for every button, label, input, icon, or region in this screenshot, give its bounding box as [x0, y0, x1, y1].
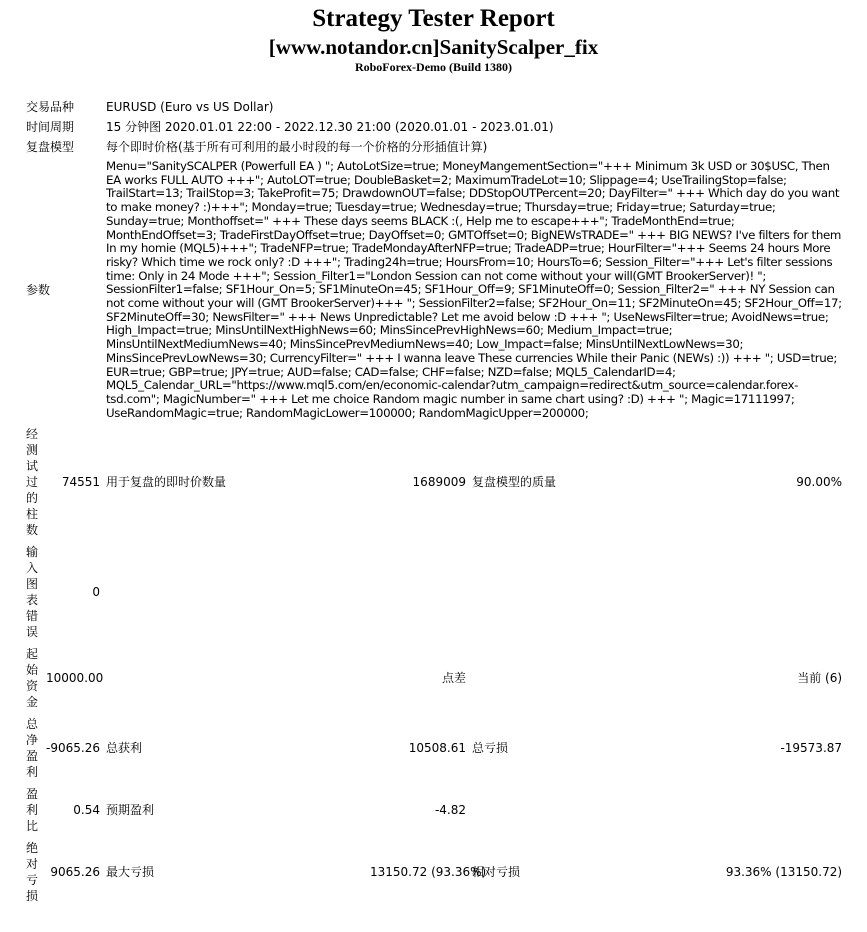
quality-value: 90.00% [694, 424, 844, 540]
abs-drawdown-label: 绝对亏损 [24, 838, 42, 906]
spread-value: 当前 (6) [694, 644, 844, 712]
rel-drawdown-value: 93.36% (13150.72) [694, 838, 844, 906]
parameters-label: 参数 [24, 158, 102, 422]
row-net-profit: 总净盈利 -9065.26 总获利 10508.61 总亏损 -19573.87 [24, 714, 844, 782]
bars-value: 74551 [44, 424, 102, 540]
model-label: 复盘模型 [24, 138, 102, 156]
row-mismatch: 输入图表错误 0 [24, 542, 844, 642]
parameters-value: Menu="SanitySCALPER (Powerfull EA ) "; A… [104, 158, 844, 422]
server-build: RoboForex-Demo (Build 1380) [0, 60, 867, 74]
row-drawdown: 绝对亏损 9065.26 最大亏损 13150.72 (93.36%) 相对亏损… [24, 838, 844, 906]
gross-profit-label: 总获利 [104, 714, 366, 782]
mismatch-label: 输入图表错误 [24, 542, 42, 642]
row-deposit: 起始资金 10000.00 点差 当前 (6) [24, 644, 844, 712]
row-parameters: 参数 Menu="SanitySCALPER (Powerfull EA ) "… [24, 158, 844, 422]
expected-payoff-label: 预期盈利 [104, 784, 366, 836]
report-title: Strategy Tester Report [0, 0, 867, 33]
ticks-label: 用于复盘的即时价数量 [104, 424, 366, 540]
mismatch-value: 0 [44, 542, 102, 642]
gross-loss-value: -19573.87 [694, 714, 844, 782]
report-table: 交易品种 EURUSD (Euro vs US Dollar) 时间周期 15 … [22, 96, 846, 908]
expected-payoff-value: -4.82 [368, 784, 468, 836]
quality-label: 复盘模型的质量 [470, 424, 692, 540]
deposit-label: 起始资金 [24, 644, 42, 712]
max-drawdown-value: 13150.72 (93.36%) [368, 838, 468, 906]
symbol-label: 交易品种 [24, 98, 102, 116]
deposit-value: 10000.00 [44, 644, 102, 712]
net-profit-value: -9065.26 [44, 714, 102, 782]
profit-factor-label: 盈利比 [24, 784, 42, 836]
period-value: 15 分钟图 2020.01.01 22:00 - 2022.12.30 21:… [104, 118, 844, 136]
row-symbol: 交易品种 EURUSD (Euro vs US Dollar) [24, 98, 844, 116]
model-value: 每个即时价格(基于所有可利用的最小时段的每一个价格的分形插值计算) [104, 138, 844, 156]
period-label: 时间周期 [24, 118, 102, 136]
row-profit-factor: 盈利比 0.54 预期盈利 -4.82 [24, 784, 844, 836]
symbol-value: EURUSD (Euro vs US Dollar) [104, 98, 844, 116]
row-model: 复盘模型 每个即时价格(基于所有可利用的最小时段的每一个价格的分形插值计算) [24, 138, 844, 156]
row-bars: 经测试过的柱数 74551 用于复盘的即时价数量 1689009 复盘模型的质量… [24, 424, 844, 540]
bars-label: 经测试过的柱数 [24, 424, 42, 540]
gross-profit-value: 10508.61 [368, 714, 468, 782]
expert-name: [www.notandor.cn]SanityScalper_fix [0, 35, 867, 59]
row-period: 时间周期 15 分钟图 2020.01.01 22:00 - 2022.12.3… [24, 118, 844, 136]
max-drawdown-label: 最大亏损 [104, 838, 366, 906]
profit-factor-value: 0.54 [44, 784, 102, 836]
abs-drawdown-value: 9065.26 [44, 838, 102, 906]
spread-label: 点差 [368, 644, 468, 712]
ticks-value: 1689009 [368, 424, 468, 540]
gross-loss-label: 总亏损 [470, 714, 692, 782]
net-profit-label: 总净盈利 [24, 714, 42, 782]
rel-drawdown-label: 相对亏损 [470, 838, 692, 906]
report-header: Strategy Tester Report [www.notandor.cn]… [0, 0, 867, 74]
